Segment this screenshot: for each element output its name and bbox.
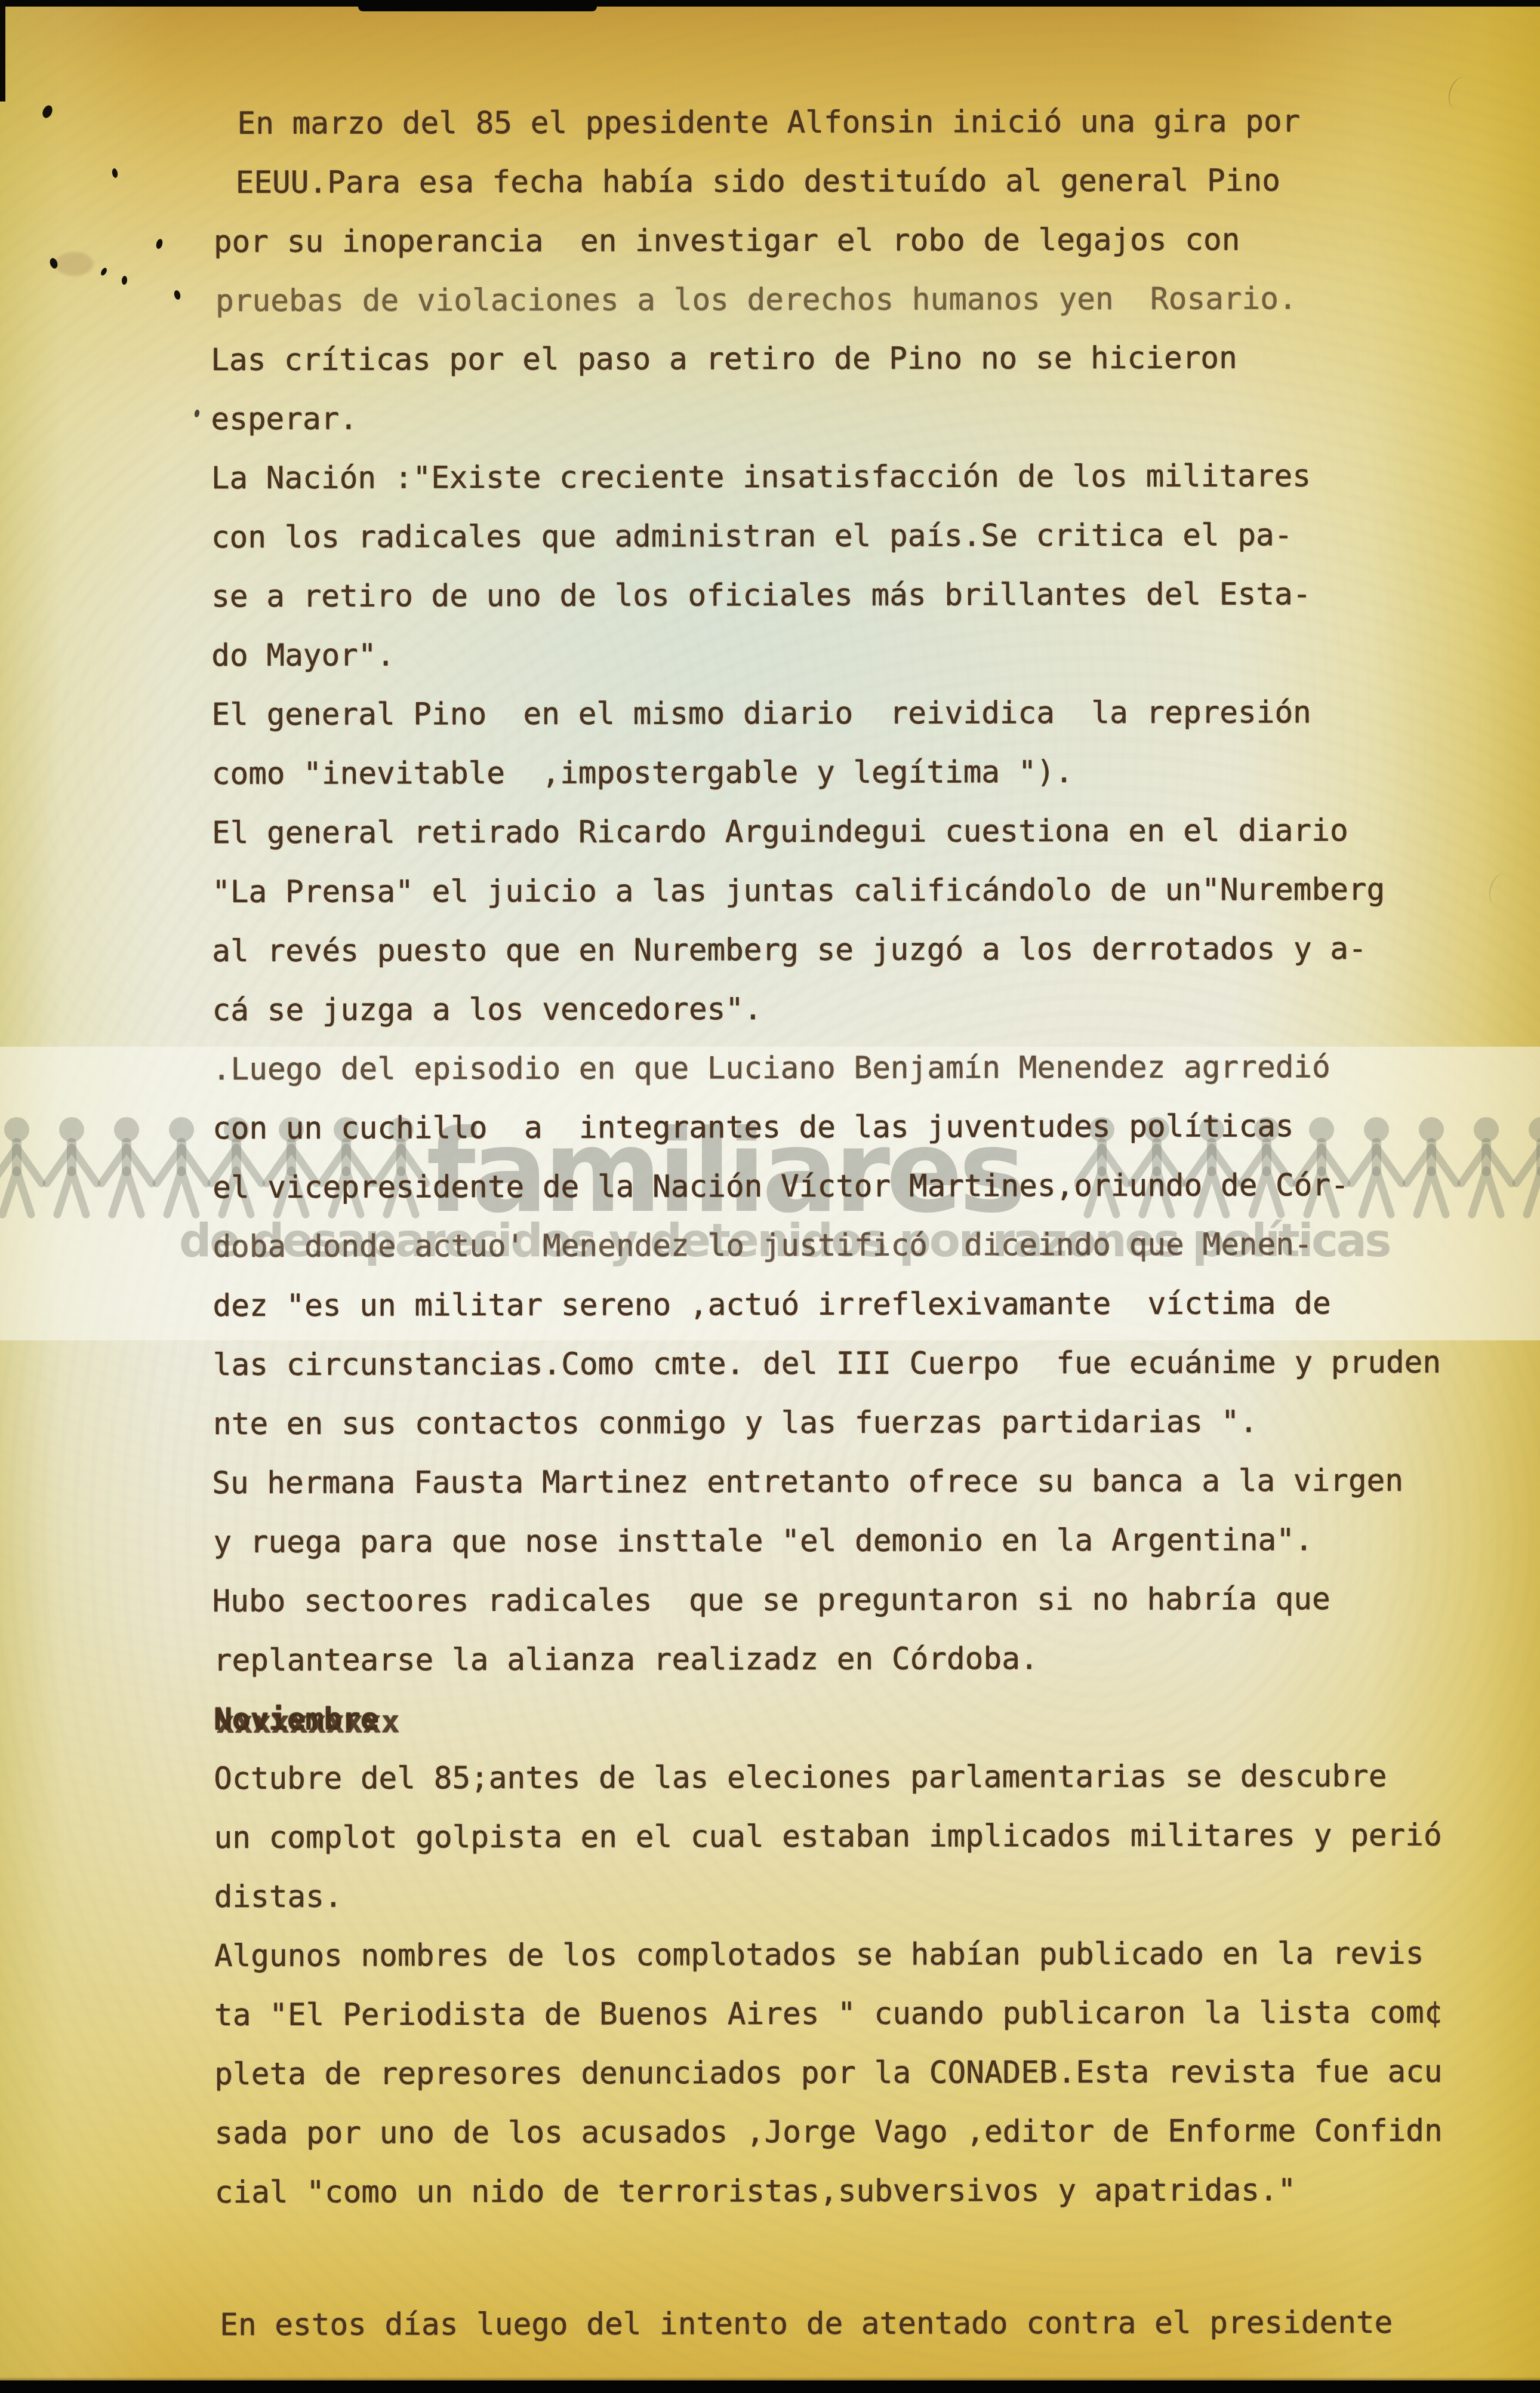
typed-line: replantearse la alianza realizadz en Cór… bbox=[214, 1644, 1039, 1676]
typed-line: por su inoperancia en investigar el robo… bbox=[214, 224, 1240, 257]
typed-line: cial "como un nido de terroristas,subver… bbox=[215, 2175, 1296, 2208]
typed-line: Algunos nombres de los complotados se ha… bbox=[214, 1939, 1424, 1971]
typed-line: El general Pino en el mismo diario reivi… bbox=[211, 697, 1311, 730]
bottom-scan-edge bbox=[0, 2380, 1540, 2393]
typed-line: En marzo del 85 el ppesidente Alfonsin i… bbox=[237, 106, 1300, 139]
typed-line: "La Prensa" el juicio a las juntas calif… bbox=[212, 875, 1385, 908]
typed-line: Las críticas por el paso a retiro de Pin… bbox=[211, 343, 1237, 376]
typed-line: pruebas de violaciones a los derechos hu… bbox=[215, 284, 1297, 316]
typed-line: como "inevitable ,impostergable y legíti… bbox=[212, 757, 1073, 789]
typed-line: EEUU.Para esa fecha había sido destituíd… bbox=[236, 165, 1280, 198]
typed-line: con un cuchillo a integrantes de las juv… bbox=[212, 1111, 1294, 1144]
typed-line: sada por uno de los acusados ,Jorge Vago… bbox=[214, 2116, 1442, 2149]
typed-line: se a retiro de uno de los oficiales más … bbox=[211, 579, 1311, 612]
typed-text-layer: En marzo del 85 el ppesidente Alfonsin i… bbox=[0, 0, 1540, 2393]
typed-line: do Mayor". bbox=[211, 640, 395, 671]
typed-line: el vicepresidente de la Nación Víctor Ma… bbox=[212, 1170, 1349, 1203]
typed-line: .Luego del episodio en que Luciano Benja… bbox=[212, 1052, 1330, 1085]
typed-line: Hubo sectoores radicales que se pregunta… bbox=[212, 1584, 1330, 1617]
typed-line: Octubre del 85;antes de las eleciones pa… bbox=[214, 1761, 1387, 1794]
top-scan-edge bbox=[0, 0, 1540, 7]
typed-line: esperar. bbox=[211, 404, 358, 435]
typed-line: Noviembre bbox=[214, 1704, 378, 1735]
typed-line: nte en sus contactos conmigo y las fuerz… bbox=[213, 1407, 1258, 1440]
typed-line: dez "es un militar sereno ,actuó irrefle… bbox=[213, 1288, 1331, 1321]
typed-line: pleta de represores denunciados por la C… bbox=[214, 2057, 1442, 2090]
typed-line: con los radicales que administran el paí… bbox=[211, 520, 1293, 553]
typed-line: La Nación :"Existe creciente insatisfacc… bbox=[211, 461, 1311, 494]
left-scan-edge bbox=[0, 0, 5, 101]
typed-line: doba donde actuo' Menendez lo justificó … bbox=[212, 1229, 1312, 1262]
typed-line: En estos días luego del intento de atent… bbox=[220, 2308, 1393, 2340]
typed-line: distas. bbox=[214, 1882, 343, 1912]
typed-line: cá se juzga a los vencedores". bbox=[212, 994, 762, 1026]
typed-line: las circunstancias.Como cmte. del III Cu… bbox=[213, 1348, 1441, 1380]
typed-line: Su hermana Fausta Martinez entretanto of… bbox=[212, 1466, 1403, 1499]
typed-line: un complot golpista en el cual estaban i… bbox=[214, 1820, 1442, 1853]
typed-line: y ruega para que nose insttale "el demon… bbox=[213, 1525, 1313, 1558]
typed-line: al revés puesto que en Nuremberg se juzg… bbox=[212, 934, 1366, 967]
top-scan-edge-bump bbox=[358, 0, 597, 11]
typed-line: El general retirado Ricardo Arguindegui … bbox=[212, 816, 1348, 848]
scanned-document-page: familiares de desaparecidos y detenidos … bbox=[0, 0, 1540, 2393]
scan-artifact-smudge bbox=[55, 252, 93, 276]
typed-line: ta "El Periodista de Buenos Aires " cuan… bbox=[214, 1998, 1442, 2031]
